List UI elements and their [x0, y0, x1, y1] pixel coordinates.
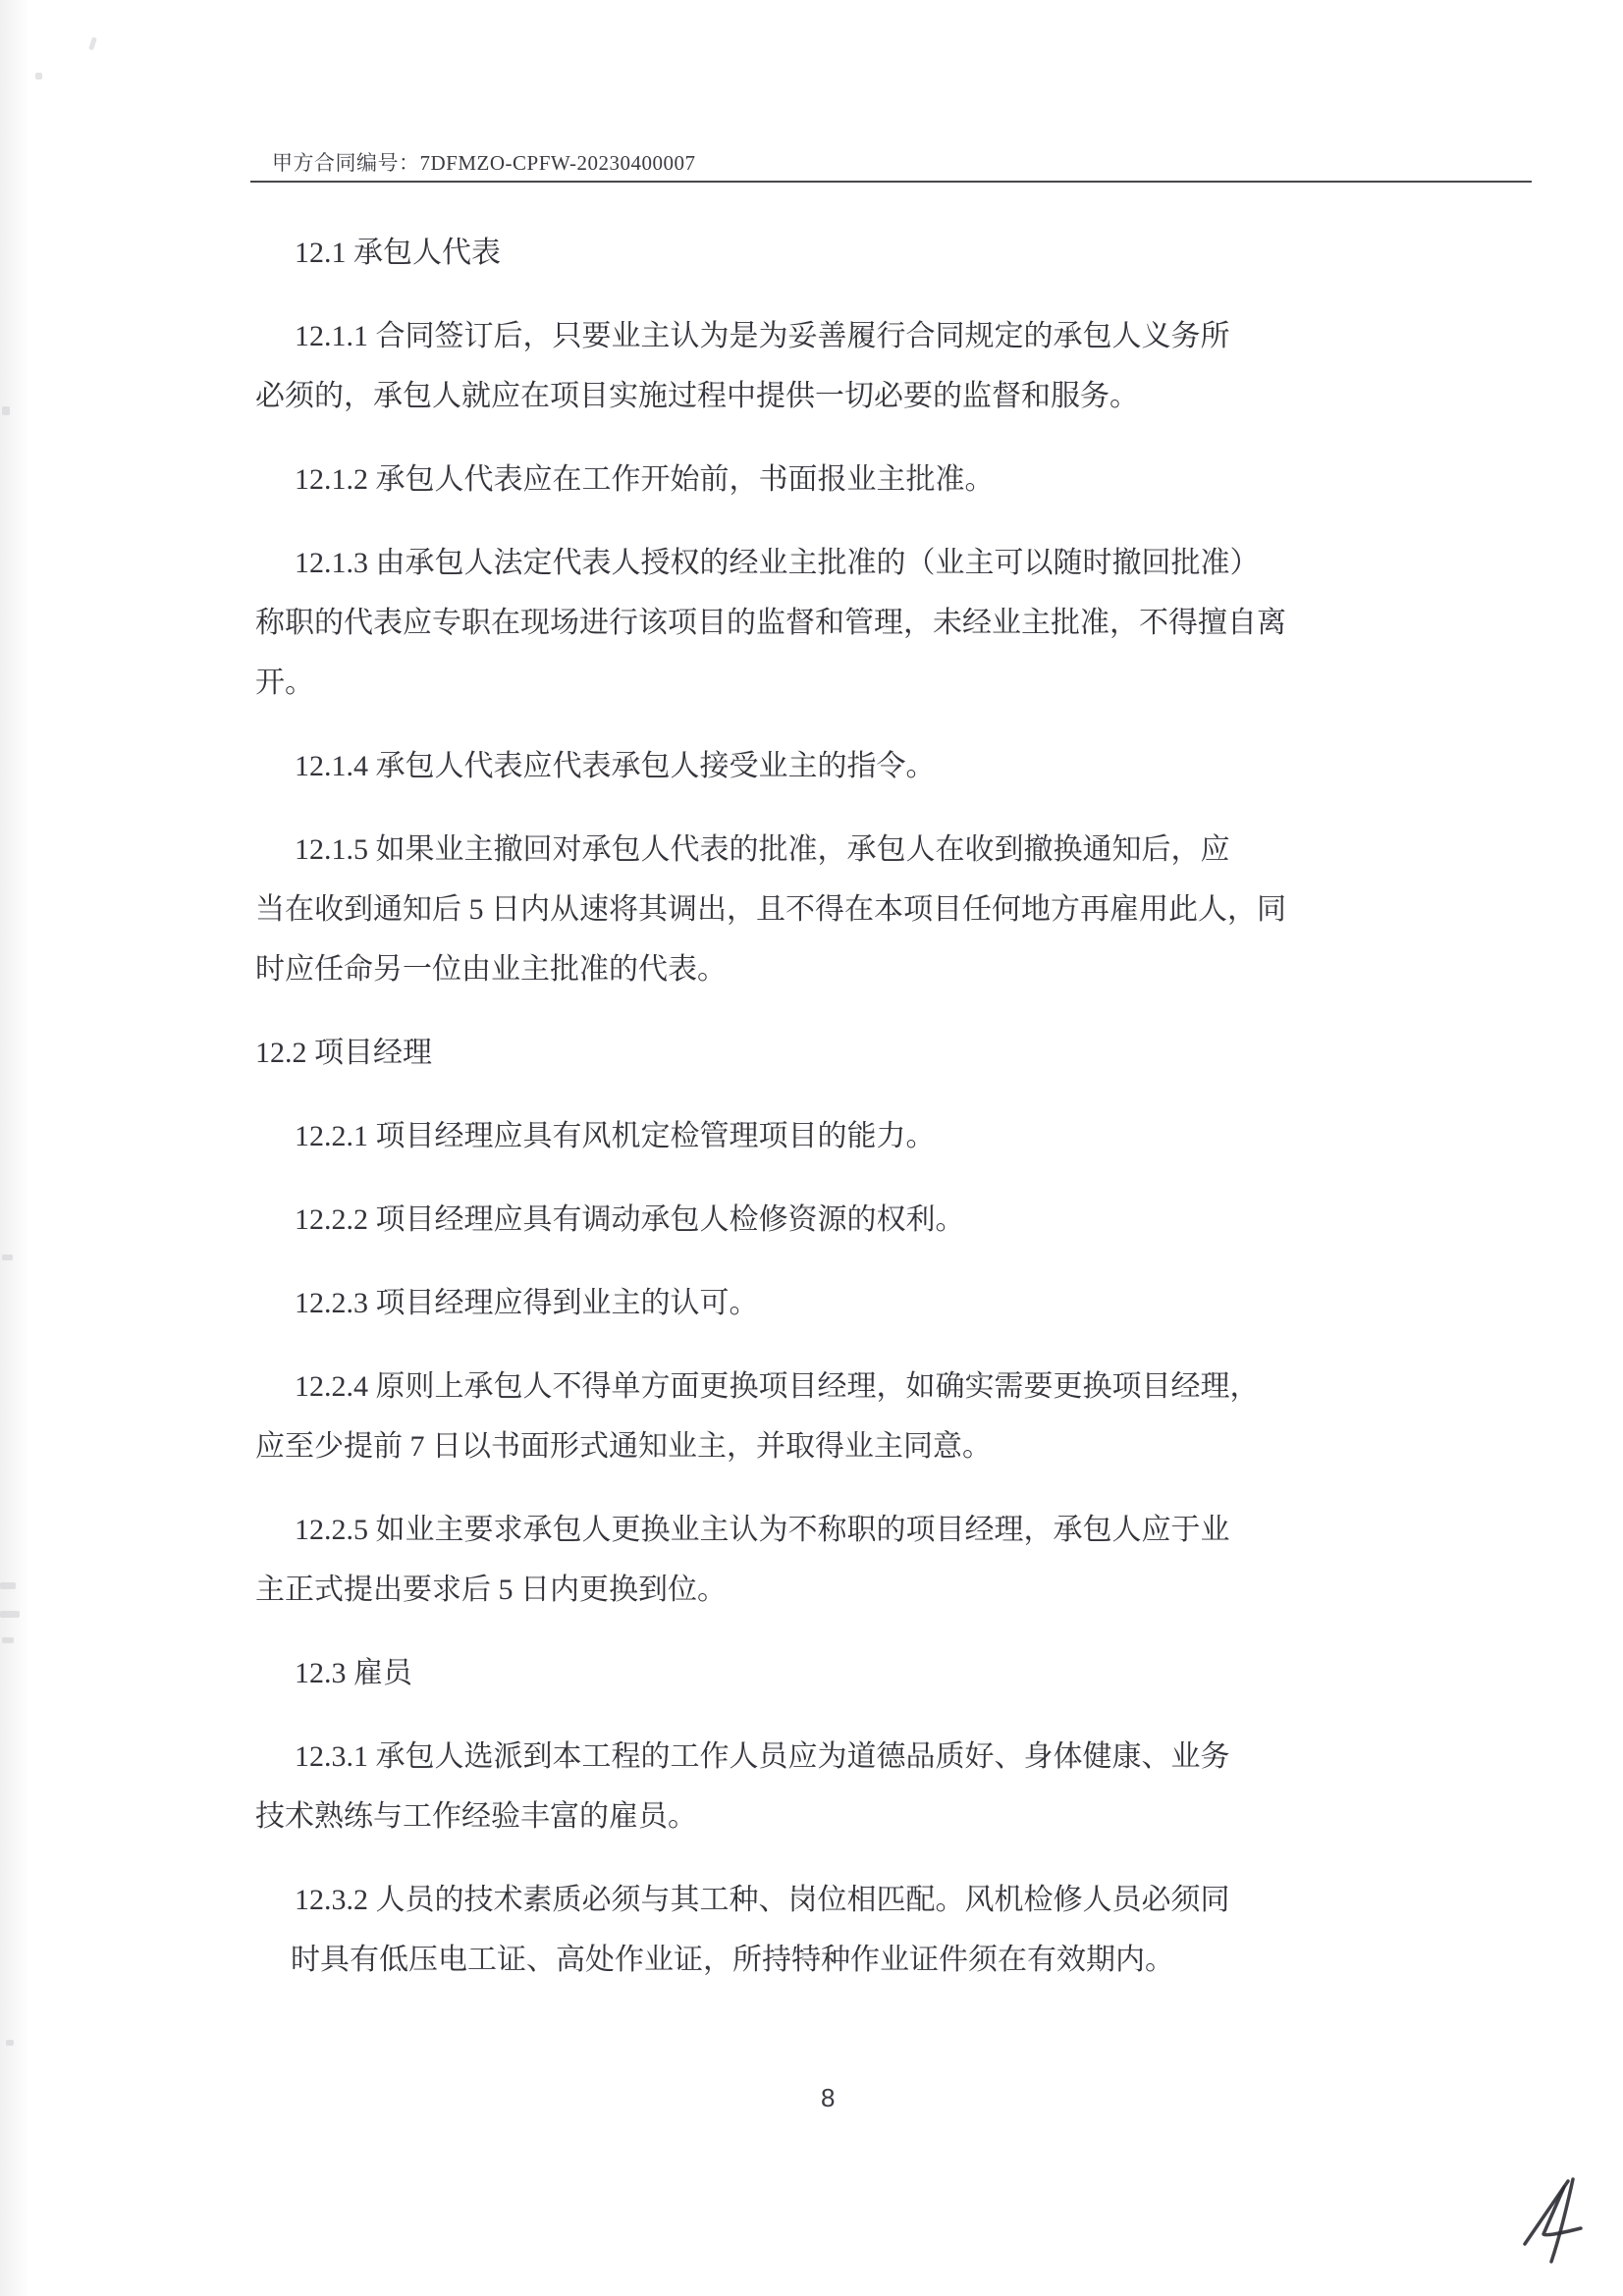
clause-12-2-title: 12.2 项目经理	[255, 1023, 1286, 1083]
page-number: 8	[821, 2083, 835, 2113]
clause-12-1-4: 12.1.4 承包人代表应代表承包人接受业主的指令。	[255, 736, 1286, 796]
clause-12-2-1: 12.2.1 项目经理应具有风机定检管理项目的能力。	[255, 1106, 1286, 1166]
scan-artifact	[2, 406, 10, 415]
scan-artifact	[0, 1582, 16, 1589]
scan-artifact	[88, 37, 97, 51]
clause-12-3-2: 12.3.2 人员的技术素质必须与其工种、岗位相匹配。风机检修人员必须同 时具有…	[255, 1870, 1286, 1990]
header-underline	[250, 181, 1532, 183]
scanner-edge-shadow	[0, 0, 29, 2296]
clause-12-1-title: 12.1 承包人代表	[255, 223, 1286, 283]
scan-artifact	[6, 2040, 14, 2046]
scan-artifact	[2, 1637, 14, 1643]
clause-line: 12.1.1 合同签订后，只要业主认为是为妥善履行合同规定的承包人义务所	[255, 306, 1286, 366]
clause-line: 12.1 承包人代表	[255, 223, 1286, 283]
clause-line: 12.2.2 项目经理应具有调动承包人检修资源的权利。	[255, 1190, 1286, 1250]
clause-line: 时应任命另一位由业主批准的代表。	[255, 939, 1286, 999]
clause-12-1-1: 12.1.1 合同签订后，只要业主认为是为妥善履行合同规定的承包人义务所 必须的…	[255, 306, 1286, 426]
clause-line: 12.2.5 如业主要求承包人更换业主认为不称职的项目经理，承包人应于业	[255, 1500, 1286, 1560]
clause-line: 12.2.4 原则上承包人不得单方面更换项目经理，如确实需要更换项目经理，	[255, 1357, 1286, 1416]
clause-12-2-5: 12.2.5 如业主要求承包人更换业主认为不称职的项目经理，承包人应于业 主正式…	[255, 1500, 1286, 1620]
clause-line: 12.3.1 承包人选派到本工程的工作人员应为道德品质好、身体健康、业务	[255, 1727, 1286, 1787]
scan-artifact	[0, 1611, 20, 1618]
clause-12-1-5: 12.1.5 如果业主撤回对承包人代表的批准，承包人在收到撤换通知后，应 当在收…	[255, 820, 1286, 999]
clause-line: 12.1.4 承包人代表应代表承包人接受业主的指令。	[255, 736, 1286, 796]
clause-line: 时具有低压电工证、高处作业证，所持特种作业证件须在有效期内。	[255, 1930, 1286, 1990]
clause-line: 12.1.2 承包人代表应在工作开始前，书面报业主批准。	[255, 450, 1286, 509]
clause-line: 开。	[255, 653, 1286, 713]
handwritten-mark-14	[1478, 2118, 1605, 2287]
clause-line: 12.3 雇员	[255, 1643, 1286, 1703]
clause-line: 12.2 项目经理	[255, 1023, 1286, 1083]
clause-line: 12.1.3 由承包人法定代表人授权的经业主批准的（业主可以随时撤回批准）	[255, 533, 1286, 593]
contract-number-label: 甲方合同编号：	[272, 151, 420, 175]
clause-line: 12.2.1 项目经理应具有风机定检管理项目的能力。	[255, 1106, 1286, 1166]
clause-line: 主正式提出要求后 5 日内更换到位。	[255, 1560, 1286, 1620]
clause-12-2-2: 12.2.2 项目经理应具有调动承包人检修资源的权利。	[255, 1190, 1286, 1250]
scan-artifact	[35, 73, 42, 80]
clause-12-3-title: 12.3 雇员	[255, 1643, 1286, 1703]
clause-12-3-1: 12.3.1 承包人选派到本工程的工作人员应为道德品质好、身体健康、业务 技术熟…	[255, 1727, 1286, 1846]
scanned-contract-page: 甲方合同编号：7DFMZO-CPFW-20230400007 12.1 承包人代…	[0, 0, 1623, 2296]
clause-line: 12.3.2 人员的技术素质必须与其工种、岗位相匹配。风机检修人员必须同	[255, 1870, 1286, 1930]
clause-line: 技术熟练与工作经验丰富的雇员。	[255, 1787, 1286, 1846]
clause-12-2-4: 12.2.4 原则上承包人不得单方面更换项目经理，如确实需要更换项目经理， 应至…	[255, 1357, 1286, 1476]
clause-12-2-3: 12.2.3 项目经理应得到业主的认可。	[255, 1273, 1286, 1333]
clause-line: 称职的代表应专职在现场进行该项目的监督和管理，未经业主批准，不得擅自离	[255, 593, 1286, 653]
handwritten-14-strokes	[1478, 2118, 1605, 2287]
clause-line: 当在收到通知后 5 日内从速将其调出，且不得在本项目任何地方再雇用此人，同	[255, 880, 1286, 939]
clause-line: 必须的，承包人就应在项目实施过程中提供一切必要的监督和服务。	[255, 366, 1286, 426]
header-contract-number: 甲方合同编号：7DFMZO-CPFW-20230400007	[272, 147, 696, 177]
contract-number-value: 7DFMZO-CPFW-20230400007	[420, 151, 696, 175]
contract-body: 12.1 承包人代表 12.1.1 合同签订后，只要业主认为是为妥善履行合同规定…	[255, 223, 1286, 2013]
clause-line: 12.2.3 项目经理应得到业主的认可。	[255, 1273, 1286, 1333]
clause-12-1-2: 12.1.2 承包人代表应在工作开始前，书面报业主批准。	[255, 450, 1286, 509]
clause-12-1-3: 12.1.3 由承包人法定代表人授权的经业主批准的（业主可以随时撤回批准） 称职…	[255, 533, 1286, 713]
scan-artifact	[2, 1255, 13, 1260]
clause-line: 应至少提前 7 日以书面形式通知业主，并取得业主同意。	[255, 1416, 1286, 1476]
clause-line: 12.1.5 如果业主撤回对承包人代表的批准，承包人在收到撤换通知后，应	[255, 820, 1286, 880]
